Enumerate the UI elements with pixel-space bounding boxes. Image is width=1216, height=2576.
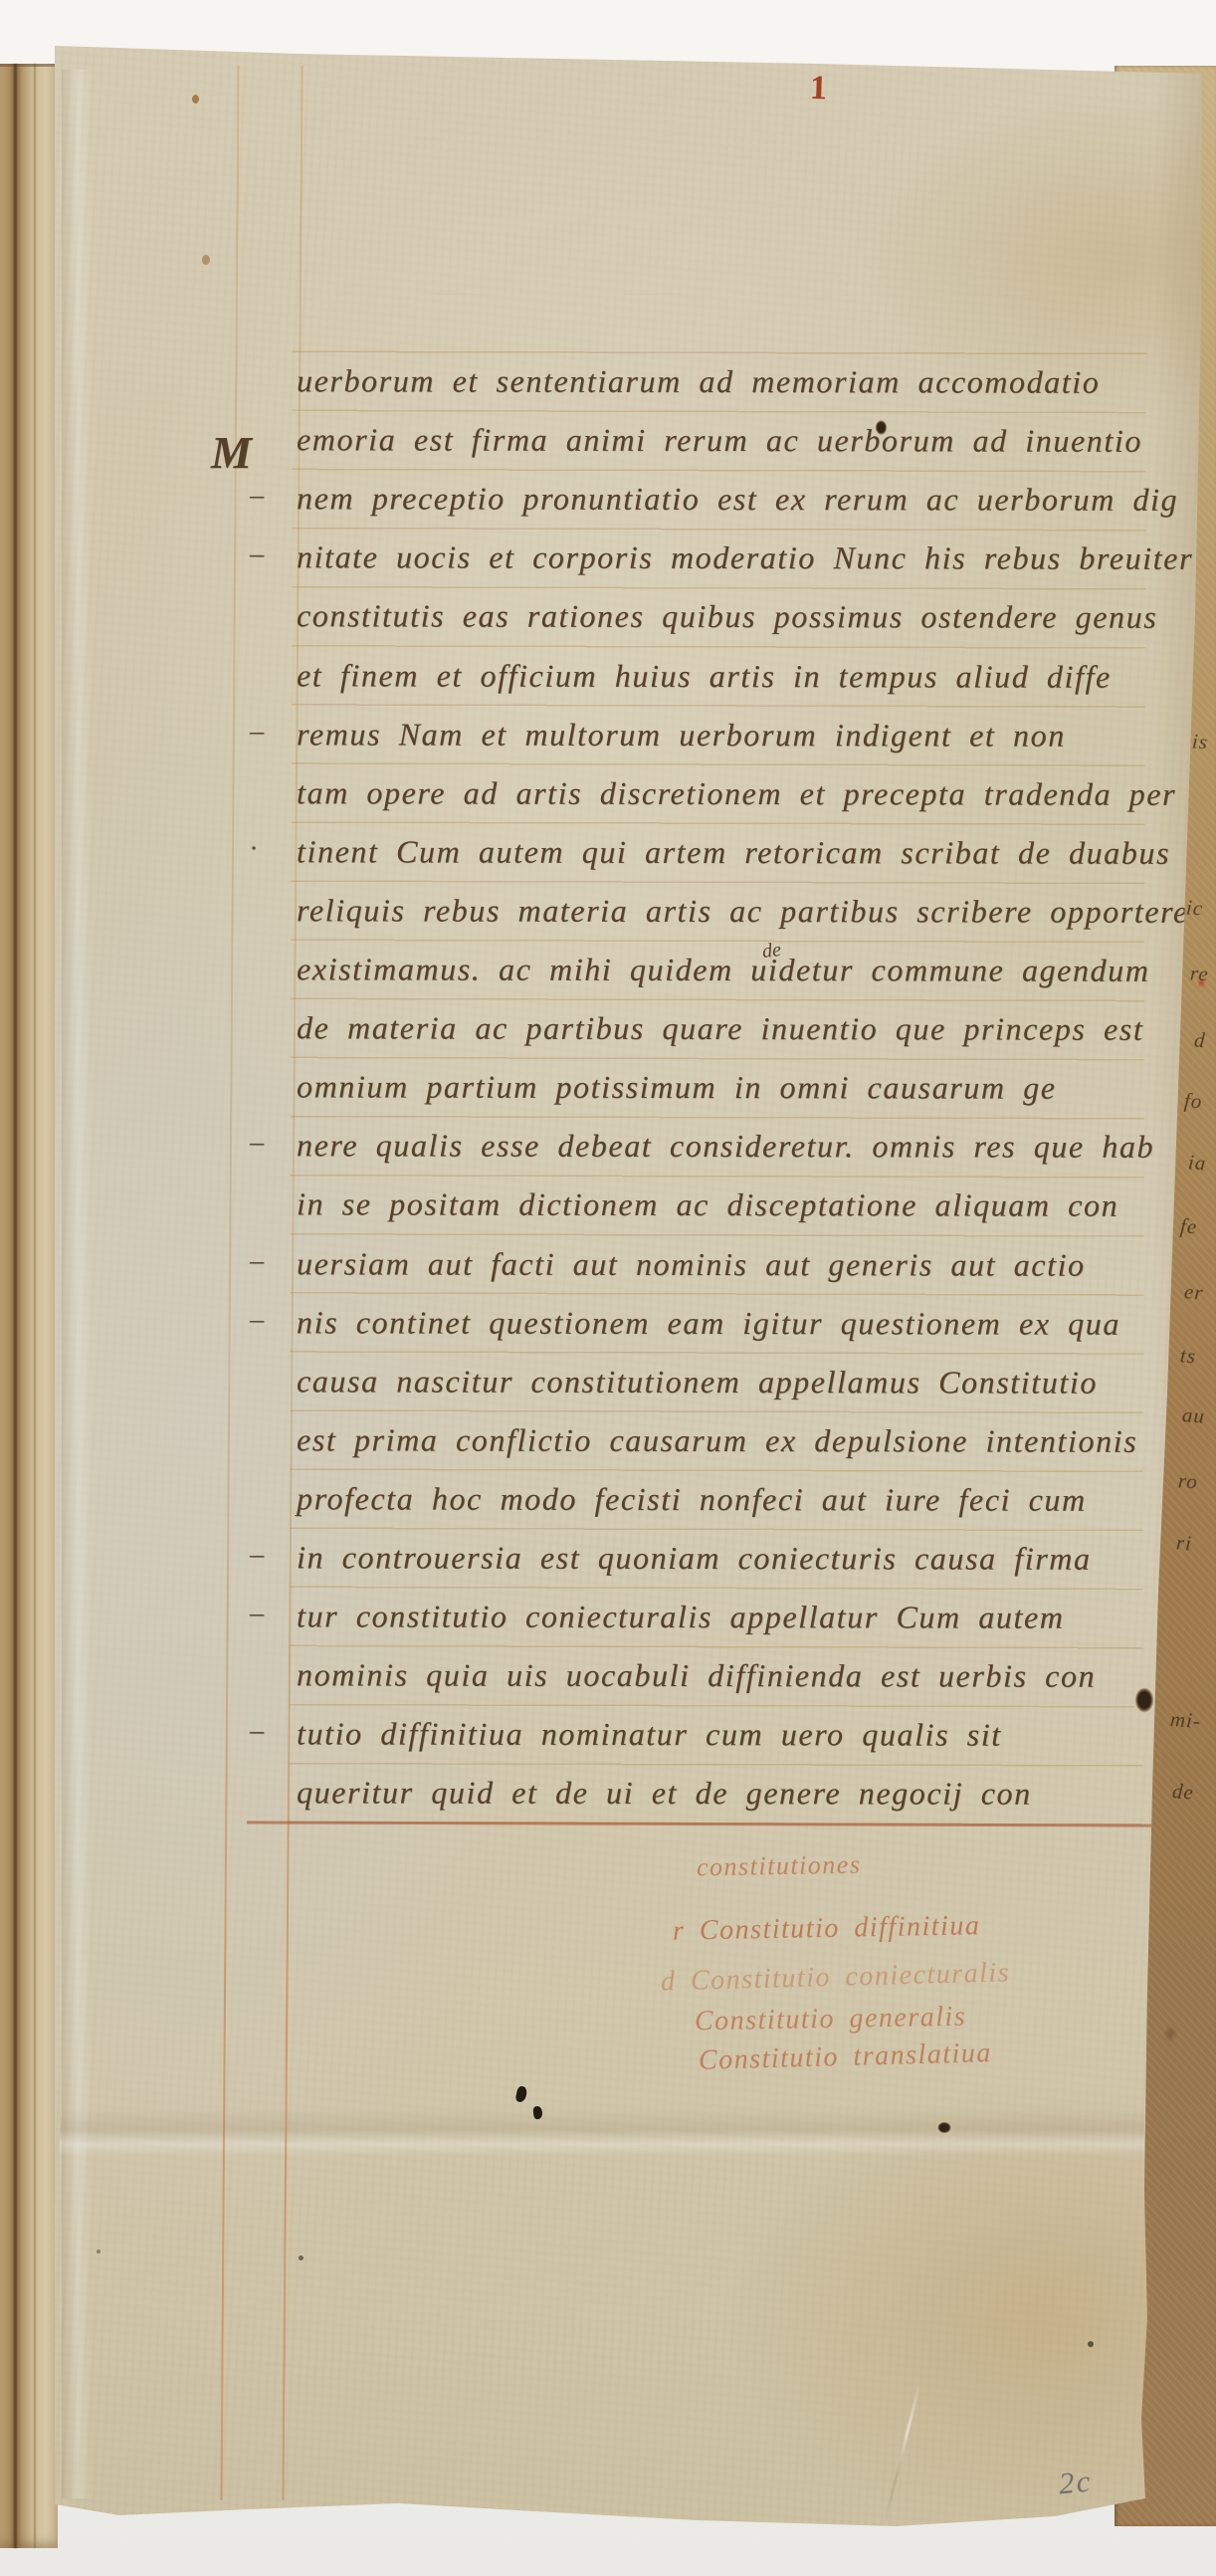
edge-fragment: ro [1177, 1468, 1199, 1494]
margin-mark: – [250, 1300, 266, 1340]
margin-mark: – [250, 1123, 266, 1163]
rubric-item: Constitutio translatiua [699, 2038, 993, 2077]
edge-fragment: ic [1185, 895, 1204, 921]
stub-crease-2 [34, 64, 36, 2548]
rubric-item: d Constitutio coniecturalis [661, 1957, 1011, 1998]
text-line: –tutio diffinitiua nominatur cum uero qu… [297, 1713, 1002, 1758]
edge-fragment: is [1191, 729, 1209, 754]
rubric-item: r Constitutio diffinitiua [673, 1910, 981, 1947]
text-line: –nere qualis esse debeat consideretur. o… [297, 1125, 1154, 1171]
ink-blot [514, 2085, 527, 2103]
text-line: nominis quia uis uocabuli diffinienda es… [297, 1654, 1096, 1699]
text-line: reliquis rebus materia artis ac partibus… [297, 890, 1189, 936]
text-line: tam opere ad artis discretionem et prece… [297, 772, 1176, 818]
parchment-hole [874, 418, 889, 437]
text-line: existimamus. ac mihi quidem uidetur comm… [297, 949, 1150, 993]
margin-mark: – [250, 1711, 266, 1751]
text-line: de materia ac partibus quare inuentio qu… [297, 1007, 1143, 1052]
margin-mark: – [250, 476, 266, 516]
stain-speck [1088, 2341, 1094, 2347]
text-line: constitutis eas rationes quibus possimus… [297, 595, 1157, 641]
ink-blot [97, 2250, 101, 2254]
parchment-leaf: 1 M de uerborum et sententiarum ad memor… [0, 0, 1216, 2576]
text-line: queritur quid et de ui et de genere nego… [297, 1772, 1032, 1817]
stain-speck [192, 95, 199, 104]
text-line: –nem preceptio pronuntiatio est ex rerum… [297, 478, 1178, 524]
text-line: uerborum et sententiarum ad memoriam acc… [297, 360, 1100, 405]
margin-mark: – [250, 1535, 266, 1575]
edge-fragment: ri [1175, 1530, 1193, 1556]
edge-fragment: ts [1179, 1343, 1197, 1369]
text-line: emoria est firma animi rerum ac uerborum… [297, 419, 1142, 464]
edge-fragment: er [1183, 1279, 1204, 1305]
text-line: omnium partium potissimum in omni causar… [297, 1066, 1057, 1111]
text-line: et finem et officium huius artis in temp… [297, 655, 1112, 700]
text-line: –tur constitutio coniecturalis appellatu… [297, 1596, 1065, 1640]
edge-fragment: de [1171, 1779, 1195, 1805]
text-line: –nitate uocis et corporis moderatio Nunc… [297, 537, 1193, 582]
margin-mark: – [250, 712, 266, 751]
edge-fragment: d [1193, 1028, 1206, 1054]
edge-fragment: mi- [1169, 1707, 1202, 1734]
interlinear-insertion: de [761, 939, 782, 964]
stain-speck [202, 255, 210, 265]
text-line: –uersiam aut facti aut nominis aut gener… [297, 1243, 1086, 1288]
parchment-hole [935, 2120, 953, 2135]
initial-letter: M [211, 426, 252, 479]
text-line: –remus Nam et multorum uerborum indigent… [297, 714, 1066, 758]
ink-blot [299, 2255, 304, 2260]
edge-fragment: fo [1183, 1088, 1203, 1114]
margin-mark: – [250, 535, 266, 574]
pencil-plate-mark: 2c [1057, 2464, 1093, 2502]
edge-fragment: ia [1187, 1150, 1207, 1176]
margin-mark: – [250, 1241, 266, 1281]
stub-crease [14, 64, 17, 2548]
rubric-item: Constitutio generalis [695, 2002, 967, 2039]
text-line: est prima conflictio causarum ex depulsi… [297, 1419, 1137, 1464]
text-line: in se positam dictionem ac disceptatione… [297, 1183, 1118, 1228]
rubric-heading: constitutiones [697, 1850, 862, 1883]
text-line: profecta hoc modo fecisti nonfeci aut iu… [297, 1478, 1087, 1523]
parchment-hole [1132, 1684, 1156, 1716]
edge-fragment: fe [1179, 1213, 1198, 1239]
text-line: causa nascitur constitutionem appellamus… [297, 1361, 1098, 1405]
edge-fragment: au [1181, 1402, 1206, 1429]
manuscript-photo: is ic re d fo ia fe er ts au ro ri mi- d… [0, 0, 1216, 2576]
folio-number: 1 [809, 70, 827, 108]
text-line: –in controuersia est quoniam coniecturis… [297, 1537, 1092, 1582]
margin-mark: · [250, 829, 259, 869]
diagonal-crease [883, 2381, 921, 2526]
binding-stub [0, 64, 58, 2548]
text-line: ·tinent Cum autem qui artem retoricam sc… [297, 831, 1170, 877]
text-line: –nis continet questionem eam igitur ques… [297, 1302, 1120, 1347]
margin-mark: – [250, 1594, 266, 1633]
edge-fragment: re [1189, 961, 1209, 986]
